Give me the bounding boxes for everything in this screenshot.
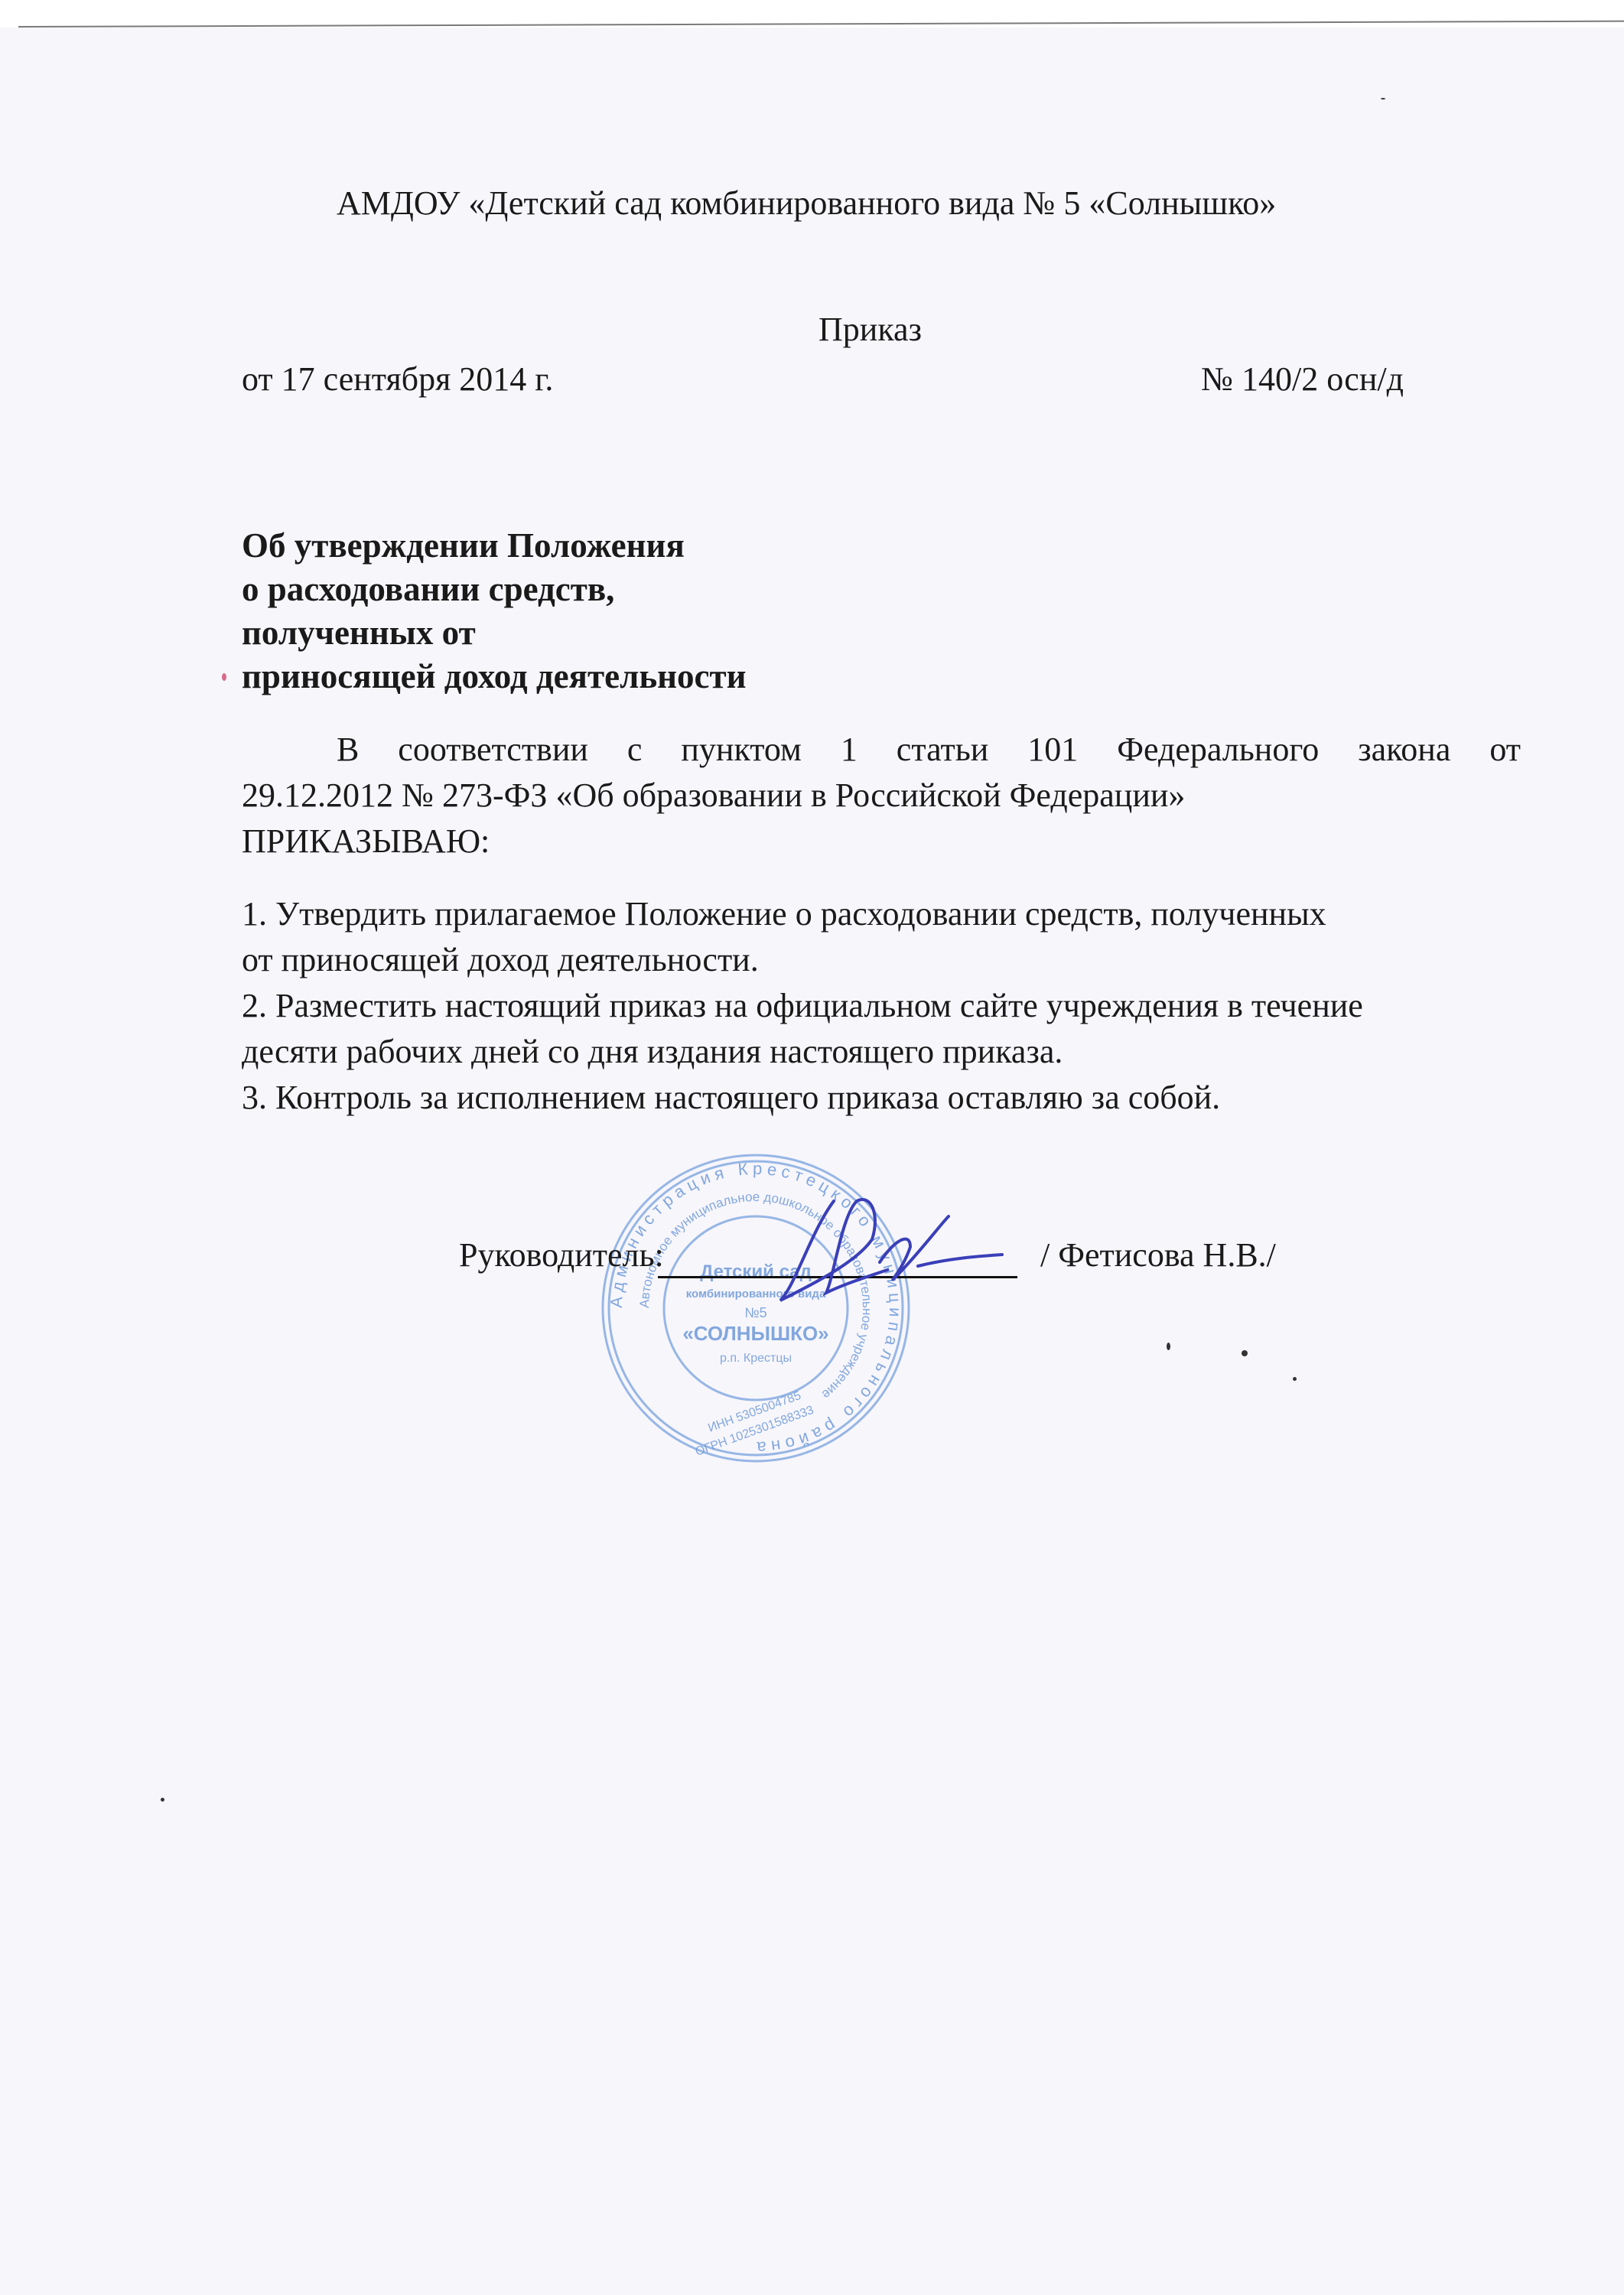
scan-speck bbox=[1167, 1343, 1170, 1350]
subject-line: полученных от bbox=[242, 611, 747, 655]
preamble: В соответствии с пунктом 1 статьи 101 Фе… bbox=[242, 727, 1521, 864]
scan-speck bbox=[222, 673, 226, 681]
subject-line: о расходовании средств, bbox=[242, 568, 747, 611]
subject-line: приносящей доход деятельности bbox=[242, 655, 747, 698]
scan-speck bbox=[1293, 1377, 1297, 1381]
handwritten-signature bbox=[765, 1170, 1010, 1323]
order-item-line: от приносящей доход деятельности. bbox=[242, 937, 1542, 983]
order-items: 1. Утвердить прилагаемое Положение о рас… bbox=[242, 891, 1542, 1121]
order-word: ПРИКАЗЫВАЮ: bbox=[242, 819, 1521, 864]
document-type-title: Приказ bbox=[819, 310, 922, 349]
scan-speck bbox=[161, 1798, 164, 1802]
organization-header: АМДОУ «Детский сад комбинированного вида… bbox=[337, 184, 1276, 223]
order-item-line: 2. Разместить настоящий приказ на официа… bbox=[242, 983, 1542, 1029]
document-number: № 140/2 осн/д bbox=[1201, 360, 1404, 399]
document-date: от 17 сентября 2014 г. bbox=[242, 360, 553, 399]
preamble-line: 29.12.2012 № 273-ФЗ «Об образовании в Ро… bbox=[242, 773, 1521, 819]
scan-speck bbox=[1242, 1350, 1248, 1356]
document-subject: Об утверждении Положения о расходовании … bbox=[242, 524, 747, 698]
preamble-line: В соответствии с пунктом 1 статьи 101 Фе… bbox=[242, 727, 1521, 773]
svg-text:р.п. Крестцы: р.п. Крестцы bbox=[720, 1352, 792, 1365]
order-item-line: десяти рабочих дней со дня издания насто… bbox=[242, 1029, 1542, 1075]
order-item-line: 1. Утвердить прилагаемое Положение о рас… bbox=[242, 891, 1542, 937]
signature-role: Руководитель: bbox=[459, 1235, 664, 1274]
svg-text:«СОЛНЫШКО»: «СОЛНЫШКО» bbox=[682, 1322, 828, 1345]
signatory-name: / Фетисова Н.В./ bbox=[1040, 1235, 1276, 1274]
subject-line: Об утверждении Положения bbox=[242, 524, 747, 568]
scan-speck bbox=[1381, 98, 1385, 99]
order-item-line: 3. Контроль за исполнением настоящего пр… bbox=[242, 1075, 1542, 1121]
svg-text:№5: №5 bbox=[744, 1305, 766, 1320]
